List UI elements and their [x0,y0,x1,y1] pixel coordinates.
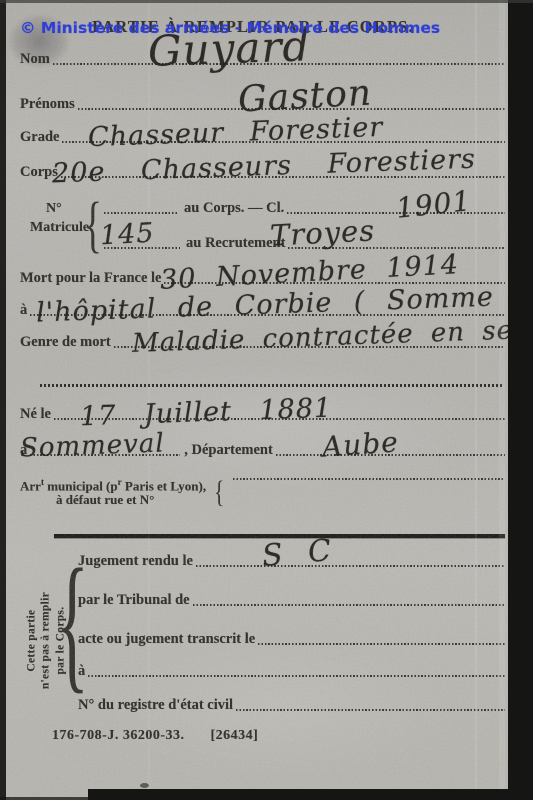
ink-speck [140,783,149,788]
field-lieu-mort-label: à [20,302,27,319]
film-edge-right [508,0,533,800]
field-jugement-rendu-label: Jugement rendu le [78,553,193,570]
footer-reference: 176-708-J. 36200-33.[26434] [52,728,258,744]
scan-streak [475,0,477,800]
field-transcrit-label: acte ou jugement transcrit le [78,631,255,648]
handwritten-matricule: 145 [99,218,155,252]
field-matricule-no-label: N° [46,201,62,217]
film-edge-left [0,0,6,800]
sidebar-note-line: n'est pas à remplir [39,555,53,727]
field-au-corps-label: au Corps. — Cl. [184,200,284,217]
handwritten-classe: 1901 [394,184,472,225]
field-tribunal-label: par le Tribunal de [78,592,190,609]
field-tribunal: par le Tribunal de [78,592,505,609]
handwritten-lieu-naissance: Sommeval [20,428,166,463]
dotted-leader [233,478,505,480]
handwritten-departement: Aube [321,425,400,463]
film-edge-top [0,0,533,3]
arrondissement-brace: { [214,476,224,507]
field-transcrit: acte ou jugement transcrit le [78,631,505,648]
field-departement-label: , Département [184,442,273,459]
scan-streak [499,0,505,800]
field-arrt-line2-label: à défaut rue et N° [56,492,154,508]
dotted-leader [236,709,505,711]
field-grade-label: Grade [20,129,59,146]
field-arrt-line2: à défaut rue et N° [56,492,216,508]
field-jugement-lieu: à [78,663,505,680]
handwritten-recrutement: Troyes [269,213,376,252]
field-mort-label: Mort pour la France le [20,270,161,287]
field-registre: N° du registre d'état civil [78,697,505,714]
film-edge-bottom [88,789,533,800]
dotted-leader [258,643,505,645]
field-genre-mort-label: Genre de mort [20,334,111,351]
watermark: © Ministère des armées - Mémoire des Hom… [20,19,440,37]
dotted-leader [196,565,505,567]
field-nom-label: Nom [20,51,50,68]
dotted-leader [88,675,505,677]
field-registre-label: N° du registre d'état civil [78,697,233,714]
handwritten-grade: Chasseur Forestier [88,112,384,153]
section-separator [40,384,503,387]
document-scan: PARTIE À REMPLIR PAR LE CORPS. © Ministè… [0,0,533,800]
footer-ref-number: 176-708-J. 36200-33. [52,728,185,743]
dotted-leader [193,604,505,606]
field-arrt-value-line [233,478,505,483]
handwritten-ne-le: 17 Juillet 1881 [80,393,333,433]
field-ne-le-label: Né le [20,406,51,423]
footer-code: [26434] [211,728,259,743]
handwritten-annotation: S C [261,533,334,574]
field-jugement-lieu-label: à [78,663,85,680]
dotted-leader [104,212,178,214]
sidebar-note-line: Cette partie [24,555,38,727]
field-prenoms-label: Prénoms [20,96,75,113]
